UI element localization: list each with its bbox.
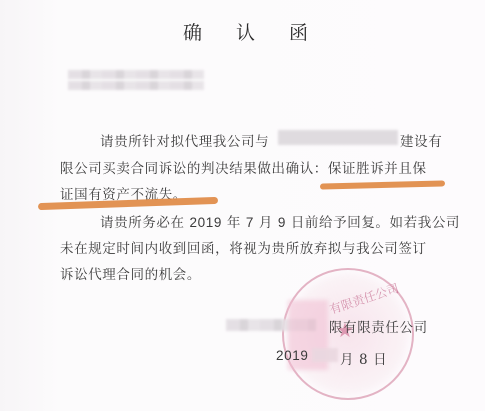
signature-date-day: 月 8 日 [340, 348, 387, 368]
paragraph2-line1: 请贵所务必在 2019 年 7 月 9 日前给予回复。如若我公司 [100, 211, 460, 231]
highlighted-text: 保证胜诉并且保 [328, 161, 427, 177]
redacted-date-month [312, 348, 338, 362]
paragraph2-line2: 未在规定时间内收到回函，将视为贵所放弃拟与我公司签订 [60, 237, 427, 257]
deadline-day: 9 [278, 215, 286, 230]
paragraph1-text: 请贵所针对拟代理我公司与 [100, 134, 269, 150]
paragraph2-text: 请贵所务必在 [100, 215, 190, 231]
paragraph1-text: 建设有 [400, 134, 442, 150]
paragraph1-line2: 限公司买卖合同诉讼的判决结果做出确认：保证胜诉并且保 [60, 157, 427, 177]
signature-company-name: 限有限责任公司 [329, 320, 428, 336]
paragraph1-line1-end: 建设有 [400, 130, 442, 150]
paragraph2-line3: 诉讼代理合同的机会。 [60, 263, 201, 283]
paragraph2-text: 诉讼代理合同的机会。 [60, 267, 201, 283]
paragraph2-text: 日前给予回复。如若我公司 [286, 215, 460, 231]
paragraph1-text: 限公司买卖合同诉讼的判决结果做出确认： [60, 161, 328, 177]
redacted-company-name [278, 130, 398, 145]
paragraph2-text: 年 [222, 215, 246, 231]
paragraph2-text: 未在规定时间内收到回函，将视为贵所放弃拟与我公司签订 [60, 241, 427, 257]
signature-company: 限有限责任公司 [329, 316, 428, 336]
signature-date-year: 2019 [276, 348, 308, 363]
paragraph2-text: 月 [254, 215, 278, 231]
deadline-month: 7 [246, 215, 254, 230]
highlight-underline-1 [320, 180, 445, 189]
signature-year: 2019 [276, 348, 308, 363]
document-page: 确 认 函 请贵所针对拟代理我公司与 建设有 限公司买卖合同诉讼的判决结果做出确… [0, 0, 485, 411]
document-title: 确 认 函 [0, 18, 485, 45]
paragraph1-line1: 请贵所针对拟代理我公司与 [100, 130, 269, 150]
redacted-addressee [68, 70, 204, 79]
signature-day: 月 8 日 [340, 352, 387, 368]
redacted-addressee-line2 [68, 81, 204, 90]
deadline-year: 2019 [190, 215, 222, 230]
